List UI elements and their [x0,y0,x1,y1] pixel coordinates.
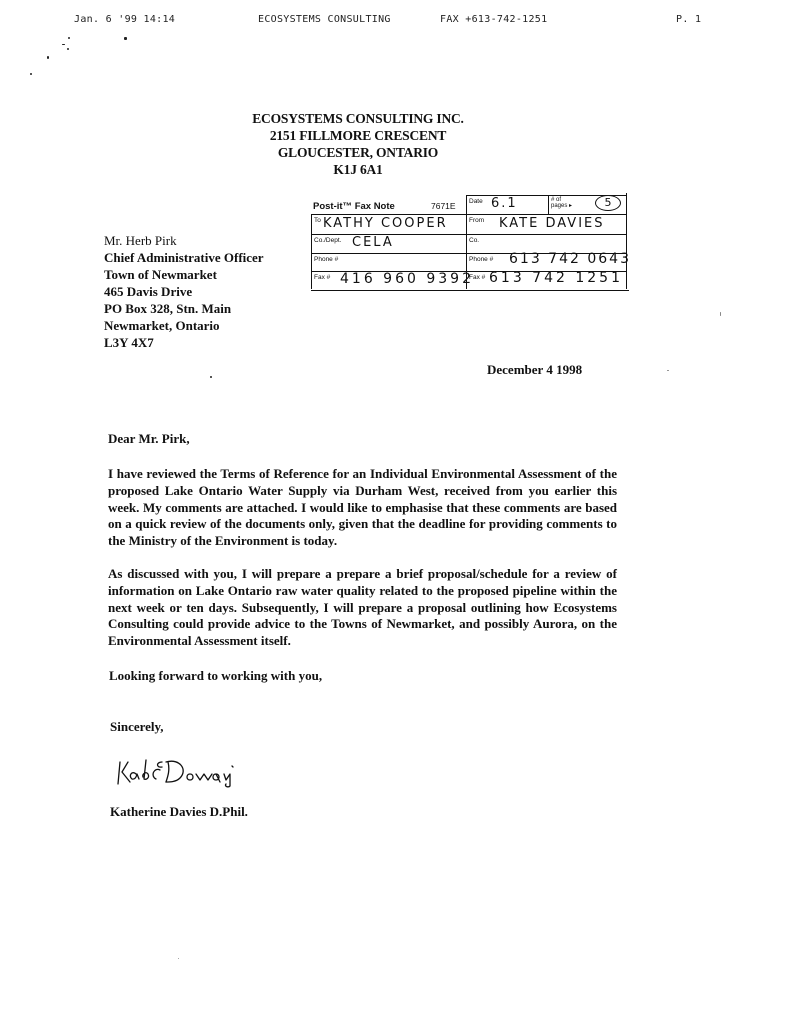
recipient-address-line2: PO Box 328, Stn. Main [104,300,264,317]
fax-to-label: Fax # [314,274,330,281]
phone-from-label: Phone # [469,256,493,263]
company-city: GLOUCESTER, ONTARIO [200,144,516,161]
fax-note-to-cell: To KATHY COOPER [311,214,466,234]
date-label: Date [469,198,483,205]
fax-page-number: P. 1 [676,14,701,25]
company-name: ECOSYSTEMS CONSULTING INC. [200,110,516,127]
fax-to-value: 416 960 9392 [340,271,474,287]
scan-speck [178,958,179,959]
pages-value: 5 [595,195,621,211]
fax-note-phone-from-cell: Phone # 613 742 0643 [466,253,627,271]
phone-from-value: 613 742 0643 [509,251,631,267]
scan-speck [210,376,212,378]
from-label: From [469,217,484,224]
scan-speck [62,44,65,45]
to-value: KATHY COOPER [323,216,448,231]
co-dept-label: Co./Dept. [314,237,341,244]
date-value: 6.1 [491,196,518,211]
pages-label: # of pages ▸ [551,197,579,209]
fax-note-border [311,290,629,292]
co-dept-value: CELA [352,235,394,250]
signer-name: Katherine Davies D.Phil. [110,804,248,820]
scan-speck [667,370,669,371]
recipient-organization: Town of Newmarket [104,266,264,283]
fax-note-border [626,193,628,289]
fax-note-from-cell: From KATE DAVIES [466,214,627,234]
scan-speck [124,37,127,40]
recipient-address: Mr. Herb Pirk Chief Administrative Offic… [104,232,264,351]
fax-note-brand: Post-it™ Fax Note [313,201,395,212]
fax-note-pages-cell: # of pages ▸ 5 [548,195,627,214]
letterhead: ECOSYSTEMS CONSULTING INC. 2151 FILLMORE… [200,110,516,178]
fax-note-fax-to-cell: Fax # 416 960 9392 [311,271,466,289]
recipient-address-line1: 465 Davis Drive [104,283,264,300]
recipient-city: Newmarket, Ontario [104,317,264,334]
handwritten-signature-icon [116,752,246,792]
recipient-title: Chief Administrative Officer [104,249,264,266]
fax-note-title: Post-it™ Fax Note 7671E [313,199,463,213]
to-label: To [314,217,321,224]
scan-speck [67,48,69,50]
scan-speck [68,37,70,39]
body-paragraph: I have reviewed the Terms of Reference f… [108,466,617,550]
scan-speck [47,56,49,59]
recipient-postal: L3Y 4X7 [104,334,264,351]
fax-from-label: Fax # [469,274,485,281]
fax-sender: ECOSYSTEMS CONSULTING [258,14,391,25]
fax-note-code: 7671E [431,201,456,211]
closing-line: Looking forward to working with you, [109,668,322,684]
body-paragraph: As discussed with you, I will prepare a … [108,566,617,650]
fax-note-phone-to-cell: Phone # [311,253,466,271]
phone-to-label: Phone # [314,256,338,263]
company-postal: K1J 6A1 [200,161,516,178]
letter-date: December 4 1998 [487,362,582,378]
fax-datetime: Jan. 6 '99 14:14 [74,14,175,25]
co-label: Co. [469,237,479,244]
fax-from-value: 613 742 1251 [489,270,623,286]
recipient-name: Mr. Herb Pirk [104,232,264,249]
fax-number: FAX +613-742-1251 [440,14,547,25]
salutation: Dear Mr. Pirk, [108,431,190,447]
scan-speck [720,312,721,316]
company-street: 2151 FILLMORE CRESCENT [200,127,516,144]
fax-transmission-header: Jan. 6 '99 14:14 ECOSYSTEMS CONSULTING F… [0,14,794,30]
signoff: Sincerely, [110,719,164,735]
fax-note-date-cell: Date 6.1 [466,195,548,214]
scan-speck [30,73,32,75]
post-it-fax-note: Post-it™ Fax Note 7671E Date 6.1 # of pa… [311,193,627,296]
fax-note-fax-from-cell: Fax # 613 742 1251 [466,271,627,289]
fax-note-codept-cell: Co./Dept. CELA [311,234,466,253]
from-value: KATE DAVIES [499,216,605,231]
